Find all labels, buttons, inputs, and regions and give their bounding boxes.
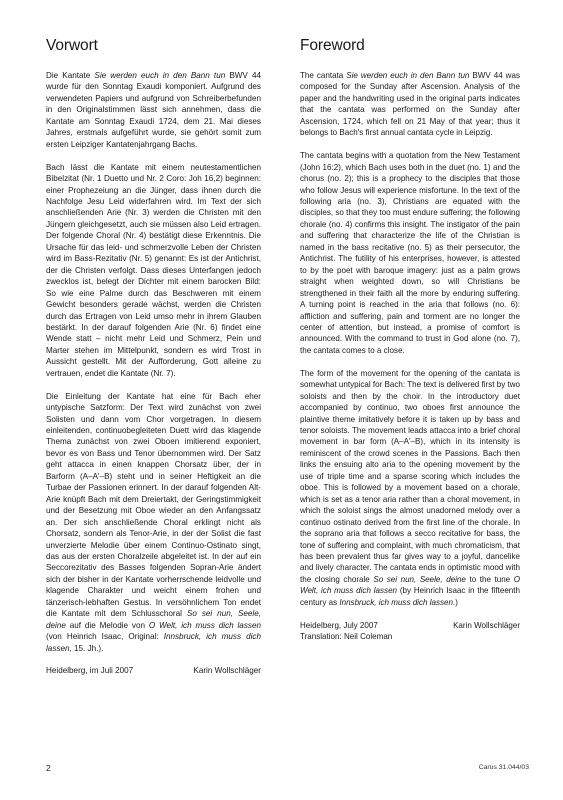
english-paragraph: The cantata begins with a quotation from… bbox=[300, 150, 520, 356]
english-signature: Heidelberg, July 2007 Karin Wollschläger bbox=[300, 620, 520, 631]
english-place-date: Heidelberg, July 2007 bbox=[300, 620, 378, 631]
english-paragraph: The form of the movement for the opening… bbox=[300, 368, 520, 609]
english-title: Foreword bbox=[300, 37, 365, 55]
german-place-date: Heidelberg, im Juli 2007 bbox=[46, 665, 133, 676]
german-signature: Heidelberg, im Juli 2007 Karin Wollschlä… bbox=[46, 665, 261, 676]
translation-credit: Translation: Neil Coleman bbox=[300, 631, 520, 642]
german-paragraph: Die Kantate Sie werden euch in den Bann … bbox=[46, 70, 261, 150]
german-title: Vorwort bbox=[46, 37, 98, 55]
german-paragraph: Bach lässt die Kantate mit einem neutest… bbox=[46, 162, 261, 380]
catalog-reference: Carus 31.044/03 bbox=[479, 764, 529, 771]
english-paragraph: The cantata Sie werden euch in den Bann … bbox=[300, 70, 520, 139]
german-body: Die Kantate Sie werden euch in den Bann … bbox=[46, 70, 261, 677]
english-body: The cantata Sie werden euch in den Bann … bbox=[300, 70, 520, 643]
german-paragraph: Die Einleitung der Kantate hat eine für … bbox=[46, 391, 261, 654]
page-number: 2 bbox=[46, 763, 51, 773]
german-author: Karin Wollschläger bbox=[193, 665, 261, 676]
english-author: Karin Wollschläger bbox=[453, 620, 520, 631]
